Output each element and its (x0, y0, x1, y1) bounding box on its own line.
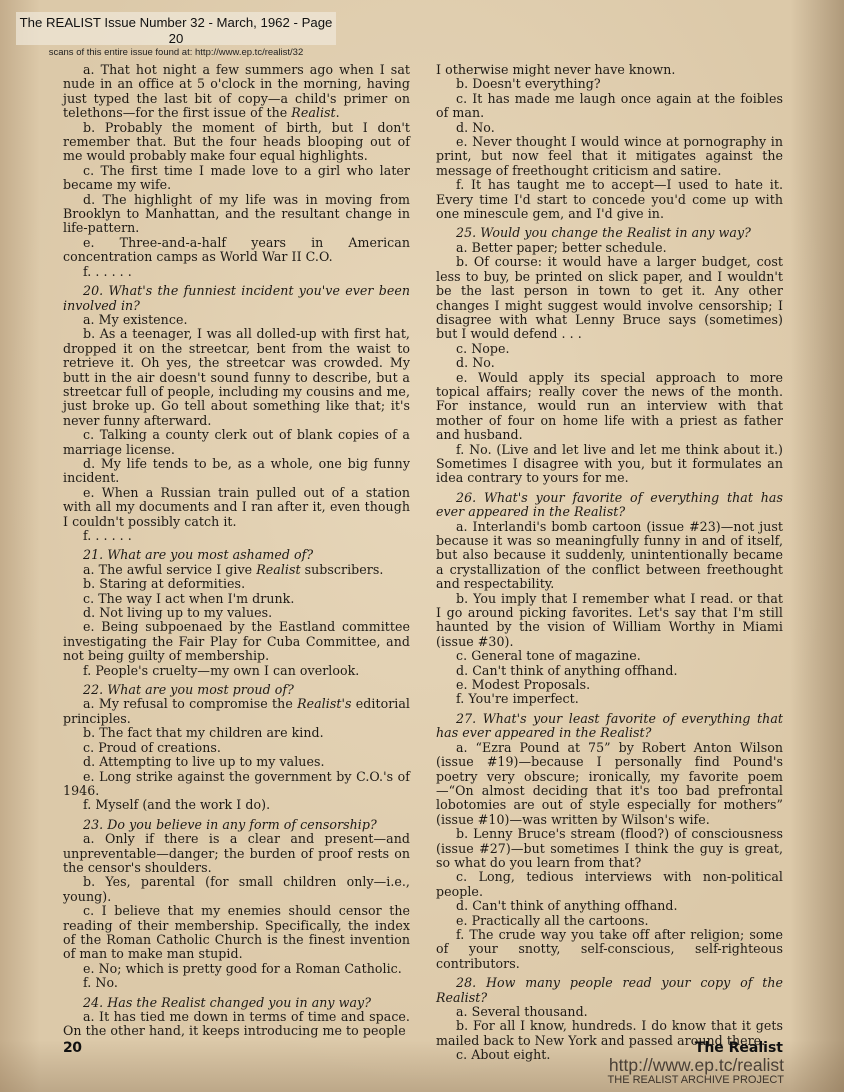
answer-continuation: I otherwise might never have known. (436, 63, 783, 77)
issue-title: The REALIST Issue Number 32 - March, 196… (16, 15, 336, 47)
survey-question: 25. Would you change the Realist in any … (436, 226, 783, 240)
survey-answer: d. Attempting to live up to my values. (63, 755, 410, 769)
survey-question: 24. Has the Realist changed you in any w… (63, 996, 410, 1010)
paragraph-text: d. Can't think of anything offhand. (456, 898, 678, 913)
paragraph-text: d. The highlight of my life was in movin… (63, 192, 410, 236)
survey-answer: a. Only if there is a clear and present—… (63, 832, 410, 875)
survey-answer: c. Long, tedious interviews with non-pol… (436, 870, 783, 899)
paragraph-text: 24. Has the Realist changed you in any w… (83, 995, 371, 1010)
survey-question: 23. Do you believe in any form of censor… (63, 818, 410, 832)
survey-answer: c. I believe that my enemies should cens… (63, 904, 410, 962)
survey-answer: b. As a teenager, I was all dolled-up wi… (63, 327, 410, 428)
paragraph-text: c. Talking a county clerk out of blank c… (63, 427, 410, 456)
paragraph-text: f. You're imperfect. (456, 691, 579, 706)
survey-answer: d. No. (436, 356, 783, 370)
footer-archive-label: THE REALIST ARCHIVE PROJECT (608, 1074, 784, 1086)
paragraph-text: b. Yes, parental (for small children onl… (63, 874, 410, 903)
paragraph-text: f. People's cruelty—my own I can overloo… (83, 663, 359, 678)
survey-answer: f. People's cruelty—my own I can overloo… (63, 664, 410, 678)
survey-answer: a. The awful service I give Realist subs… (63, 563, 410, 577)
survey-question: 21. What are you most ashamed of? (63, 548, 410, 562)
paragraph-text: f. It has taught me to accept—I used to … (436, 177, 783, 221)
survey-answer: e. Long strike against the government by… (63, 770, 410, 799)
paragraph-text: c. About eight. (456, 1047, 550, 1062)
survey-answer: b. Staring at deformities. (63, 577, 410, 591)
paragraph-text: 27. What's your least favorite of everyt… (436, 711, 783, 740)
paragraph-text: d. Can't think of anything offhand. (456, 663, 678, 678)
paragraph-text: f. Myself (and the work I do). (83, 797, 270, 812)
paragraph-text: 20. What's the funniest incident you've … (63, 283, 410, 312)
survey-answer: d. Not living up to my values. (63, 606, 410, 620)
paragraph-text: c. I believe that my enemies should cens… (63, 903, 410, 961)
survey-answer: c. Proud of creations. (63, 741, 410, 755)
paragraph-text: e. Modest Proposals. (456, 677, 590, 692)
paragraph-text: c. Proud of creations. (83, 740, 221, 755)
paragraph-text: e. Practically all the cartoons. (456, 913, 649, 928)
paragraph-text: c. The first time I made love to a girl … (63, 163, 410, 192)
paragraph-text: d. Attempting to live up to my values. (83, 754, 325, 769)
survey-answer: f. You're imperfect. (436, 692, 783, 706)
scan-header: The REALIST Issue Number 32 - March, 196… (16, 12, 336, 45)
scan-source-note: scans of this entire issue found at: htt… (16, 47, 336, 59)
survey-answer: d. Can't think of anything offhand. (436, 664, 783, 678)
paragraph-text: f. No. (83, 975, 118, 990)
paragraph-text: 21. What are you most ashamed of? (83, 547, 313, 562)
paragraph-text: b. Doesn't everything? (456, 76, 601, 91)
survey-answer: b. You imply that I remember what I read… (436, 592, 783, 650)
paragraph-text: d. Not living up to my values. (83, 605, 272, 620)
survey-answer: a. Better paper; better schedule. (436, 241, 783, 255)
survey-answer: e. Modest Proposals. (436, 678, 783, 692)
survey-answer: f. . . . . . (63, 529, 410, 543)
survey-answer: c. Nope. (436, 342, 783, 356)
paragraph-text: 22. What are you most proud of? (83, 682, 294, 697)
survey-answer: d. My life tends to be, as a whole, one … (63, 457, 410, 486)
paragraph-text: a. My existence. (83, 312, 188, 327)
survey-answer: e. When a Russian train pulled out of a … (63, 486, 410, 529)
survey-answer: b. Yes, parental (for small children onl… (63, 875, 410, 904)
paragraph-text: a. Only if there is a clear and present—… (63, 831, 410, 875)
survey-answer: a. Several thousand. (436, 1005, 783, 1019)
survey-answer: b. The fact that my children are kind. (63, 726, 410, 740)
paragraph-text: b. As a teenager, I was all dolled-up wi… (63, 326, 410, 427)
paragraph-text: f. . . . . . (83, 264, 132, 279)
paragraph-text: c. Long, tedious interviews with non-pol… (436, 869, 783, 898)
paragraph-text: a. My refusal to compromise the (83, 696, 297, 711)
survey-answer: a. It has tied me down in terms of time … (63, 1010, 410, 1039)
publication-name: Realist's (297, 696, 351, 711)
survey-answer: c. The first time I made love to a girl … (63, 164, 410, 193)
survey-answer: c. Talking a county clerk out of blank c… (63, 428, 410, 457)
survey-answer: b. Lenny Bruce's stream (flood?) of cons… (436, 827, 783, 870)
paragraph-text: c. General tone of magazine. (456, 648, 641, 663)
survey-answer: e. Three-and-a-half years in American co… (63, 236, 410, 265)
paragraph-text: 28. How many people read your copy of th… (436, 975, 783, 1004)
survey-answer: e. Would apply its special approach to m… (436, 371, 783, 443)
paragraph-text: e. Would apply its special approach to m… (436, 370, 783, 443)
paragraph-text: a. That hot night a few summers ago when… (63, 62, 410, 120)
paragraph-text: e. Long strike against the government by… (63, 769, 410, 798)
paragraph-text: I otherwise might never have known. (436, 62, 675, 77)
survey-question: 28. How many people read your copy of th… (436, 976, 783, 1005)
footer-url-link[interactable]: http://www.ep.tc/realist (609, 1055, 784, 1076)
survey-answer: b. Probably the moment of birth, but I d… (63, 121, 410, 164)
survey-answer: a. My existence. (63, 313, 410, 327)
paragraph-text: 23. Do you believe in any form of censor… (83, 817, 377, 832)
paragraph-text: c. Nope. (456, 341, 510, 356)
paragraph-text: e. Being subpoenaed by the Eastland comm… (63, 619, 410, 663)
left-column: a. That hot night a few summers ago when… (63, 63, 410, 1039)
paragraph-text: b. Probably the moment of birth, but I d… (63, 120, 410, 164)
survey-answer: e. No; which is pretty good for a Roman … (63, 962, 410, 976)
survey-answer: c. General tone of magazine. (436, 649, 783, 663)
paragraph-text: f. The crude way you take off after reli… (436, 927, 783, 971)
paragraph-text: b. Staring at deformities. (83, 576, 245, 591)
survey-answer: d. The highlight of my life was in movin… (63, 193, 410, 236)
survey-answer: c. The way I act when I'm drunk. (63, 592, 410, 606)
paragraph-text: f. . . . . . (83, 528, 132, 543)
paragraph-text: b. You imply that I remember what I read… (436, 591, 783, 649)
paragraph-text: b. The fact that my children are kind. (83, 725, 324, 740)
publication-name: Realist (256, 562, 300, 577)
paragraph-text: b. Of course: it would have a larger bud… (436, 254, 783, 341)
paragraph-text: a. “Ezra Pound at 75” by Robert Anton Wi… (436, 740, 783, 827)
survey-question: 20. What's the funniest incident you've … (63, 284, 410, 313)
paragraph-text: d. No. (456, 120, 495, 135)
right-column: I otherwise might never have known.b. Do… (436, 63, 783, 1063)
survey-answer: e. Never thought I would wince at pornog… (436, 135, 783, 178)
paragraph-text: 26. What's your favorite of everything t… (436, 490, 783, 519)
survey-answer: b. Doesn't everything? (436, 77, 783, 91)
paragraph-text: a. Several thousand. (456, 1004, 588, 1019)
paragraph-tail: . (336, 105, 340, 120)
survey-answer: e. Practically all the cartoons. (436, 914, 783, 928)
paragraph-text: f. No. (Live and let live and let me thi… (436, 442, 783, 486)
survey-answer: f. Myself (and the work I do). (63, 798, 410, 812)
paragraph-text: a. Better paper; better schedule. (456, 240, 667, 255)
survey-answer: a. That hot night a few summers ago when… (63, 63, 410, 121)
survey-answer: e. Being subpoenaed by the Eastland comm… (63, 620, 410, 663)
paragraph-text: d. My life tends to be, as a whole, one … (63, 456, 410, 485)
paragraph-text: e. Never thought I would wince at pornog… (436, 134, 783, 178)
page-number: 20 (63, 1040, 81, 1056)
paragraph-text: e. No; which is pretty good for a Roman … (83, 961, 402, 976)
paragraph-text: 25. Would you change the Realist in any … (456, 225, 751, 240)
survey-question: 22. What are you most proud of? (63, 683, 410, 697)
paragraph-text: c. It has made me laugh once again at th… (436, 91, 783, 120)
paragraph-text: b. Lenny Bruce's stream (flood?) of cons… (436, 826, 783, 870)
paragraph-text: e. Three-and-a-half years in American co… (63, 235, 410, 264)
paragraph-text: e. When a Russian train pulled out of a … (63, 485, 410, 529)
paragraph-text: a. The awful service I give (83, 562, 256, 577)
paragraph-text: a. Interlandi's bomb cartoon (issue #23)… (436, 519, 783, 592)
survey-answer: f. The crude way you take off after reli… (436, 928, 783, 971)
survey-question: 27. What's your least favorite of everyt… (436, 712, 783, 741)
footer-brand: The Realist (695, 1040, 783, 1056)
survey-answer: a. “Ezra Pound at 75” by Robert Anton Wi… (436, 741, 783, 827)
paragraph-text: d. No. (456, 355, 495, 370)
publication-name: Realist (291, 105, 335, 120)
paragraph-tail: subscribers. (301, 562, 384, 577)
survey-question: 26. What's your favorite of everything t… (436, 491, 783, 520)
survey-answer: b. Of course: it would have a larger bud… (436, 255, 783, 341)
survey-answer: a. Interlandi's bomb cartoon (issue #23)… (436, 520, 783, 592)
survey-answer: a. My refusal to compromise the Realist'… (63, 697, 410, 726)
paragraph-text: a. It has tied me down in terms of time … (63, 1009, 410, 1038)
survey-answer: d. No. (436, 121, 783, 135)
paragraph-text: c. The way I act when I'm drunk. (83, 591, 294, 606)
survey-answer: f. No. (63, 976, 410, 990)
survey-answer: c. It has made me laugh once again at th… (436, 92, 783, 121)
survey-answer: f. . . . . . (63, 265, 410, 279)
survey-answer: d. Can't think of anything offhand. (436, 899, 783, 913)
survey-answer: f. It has taught me to accept—I used to … (436, 178, 783, 221)
survey-answer: f. No. (Live and let live and let me thi… (436, 443, 783, 486)
